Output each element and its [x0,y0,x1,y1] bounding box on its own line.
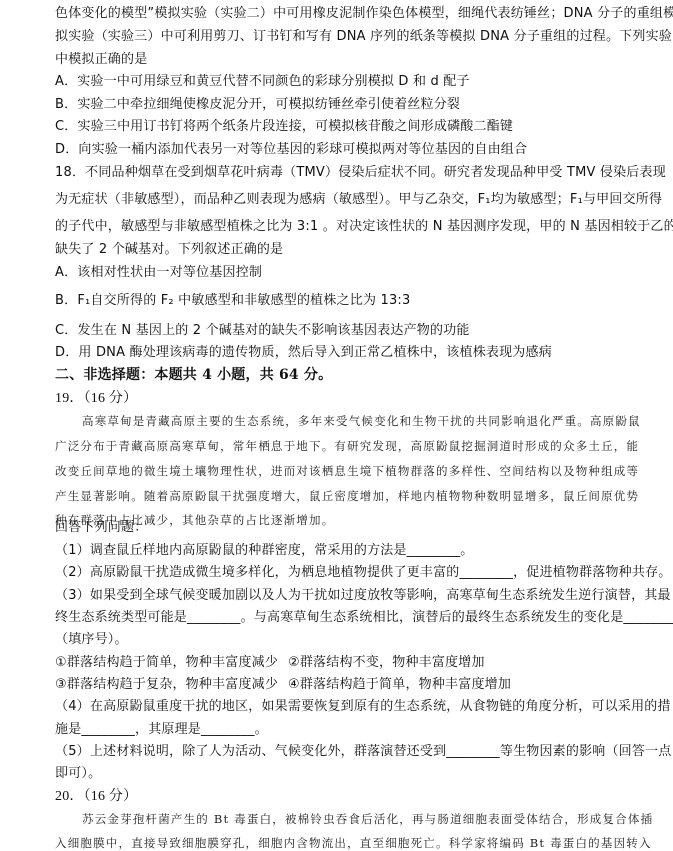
q18-stem-line: 为无症状（非敏感型），而品种乙则表现为感病（敏感型）。甲与乙杂交，F₁均为敏感型… [55,192,662,208]
q19-choice-1: ①群落结构趋于简单，物种丰富度减少 [55,655,278,671]
q17-stem-line: 色体变化的模型”模拟实验（实验二）中可用橡皮泥制作染色体模型，细绳代表纺锤丝；D… [55,6,673,22]
q17-option-a: A．实验一中可用绿豆和黄豆代替不同颜色的彩球分别模拟 D 和 d 配子 [55,74,470,90]
q18-stem-line: 的子代中，敏感型与非敏感型植株之比为 3:1 。对决定该性状的 N 基因测序发现… [55,219,673,235]
q18-option-b: B．F₁自交所得的 F₂ 中敏感型和非敏感型的植株之比为 13:3 [55,293,411,309]
q19-passage-line: 改变丘间草地的微生境土壤物理性状，进而对该栖息生境下植物群落的多样性、空间结构以… [55,463,639,479]
section-heading: 二、非选择题：本题共 4 小题，共 64 分。 [55,367,332,383]
q19-prompt: 回答下列问题： [55,520,147,536]
q19-choice-3: ③群落结构趋于复杂，物种丰富度减少 [55,677,278,693]
q18-option-d: D．用 DNA 酶处理该病毒的遗传物质，然后导入到正常乙植株中，该植株表现为感病 [55,345,552,361]
q17-option-d: D．向实验一桶内添加代表另一对等位基因的彩球可模拟两对等位基因的自由组合 [55,142,527,158]
q19-sub-4: （4）在高原鼢鼠重度干扰的地区，如果需要恢复到原有的生态系统，从食物链的角度分析… [55,699,671,715]
q20-number: 20．（16 分） [55,789,137,805]
q20-passage-line: 入细胞膜中，直接导致细胞膜穿孔，细胞内含物流出，直至细胞死亡。科学家将编码 Bt… [55,835,652,851]
q19-sub-1: （1）调查鼠丘样地内高原鼢鼠的种群密度，常采用的方法是________。 [55,543,473,559]
q19-choice-4: ④群落结构趋于简单，物种丰富度增加 [288,677,511,693]
q18-option-c: C．发生在 N 基因上的 2 个碱基对的缺失不影响该基因表达产物的功能 [55,323,470,339]
q19-sub-2: （2）高原鼢鼠干扰造成微生境多样化，为栖息地植物提供了更丰富的________，… [55,565,671,581]
q19-sub-3: （3）如果受到全球气候变暖加剧以及人为干扰如过度放牧等影响，高寒草甸生态系统发生… [55,588,671,604]
q19-passage-line: 高寒草甸是青藏高原主要的生态系统，多年来受气候变化和生物干扰的共同影响退化严重。… [82,413,641,429]
q19-sub-4-cont: 施是________，其原理是________。 [55,722,268,738]
q19-passage-line: 广泛分布于青藏高原高寒草甸，常年栖息于地下。有研究发现，高原鼢鼠挖掘洞道时形成的… [55,438,639,454]
q19-number: 19．（16 分） [55,391,137,407]
q17-stem-line: 拟实验（实验三）中可利用剪刀、订书钉和写有 DNA 序列的纸条等模拟 DNA 分… [55,29,672,45]
q19-sub-3-cont: 终生态系统类型可能是________。与高寒草甸生态系统相比，演替后的最终生态系… [55,610,673,626]
q18-stem-line: 18．不同品种烟草在受到烟草花叶病毒（TMV）侵染后症状不同。研究者发现品种甲受… [55,165,666,181]
q17-stem-line: 中模拟正确的是 [55,52,147,68]
q20-passage-line: 苏云金芽孢杆菌产生的 Bt 毒蛋白，被棉铃虫吞食后活化，再与肠道细胞表面受体结合… [82,811,653,827]
q17-option-c: C．实验三中用订书钉将两个纸条片段连接，可模拟核苷酸之间形成磷酸二酯键 [55,119,513,135]
q19-passage-line: 产生显著影响。随着高原鼢鼠干扰强度增大，鼠丘密度增加，样地内植物物种数明显增多，… [55,488,639,504]
q19-choice-2: ②群落结构不变，物种丰富度增加 [288,655,485,671]
q19-sub-5: （5）上述材料说明，除了人为活动、气候变化外，群落演替还受到________等生… [55,744,671,760]
q18-option-a: A．该相对性状由一对等位基因控制 [55,265,262,281]
q18-stem-line: 缺失了 2 个碱基对。下列叙述正确的是 [55,242,283,258]
q19-sub-5-cont: 即可）。 [55,766,101,782]
q19-sub-3-cont: （填序号）。 [55,632,128,648]
q17-option-b: B．实验二中牵拉细绳使橡皮泥分开，可模拟纺锤丝牵引使着丝粒分裂 [55,97,460,113]
